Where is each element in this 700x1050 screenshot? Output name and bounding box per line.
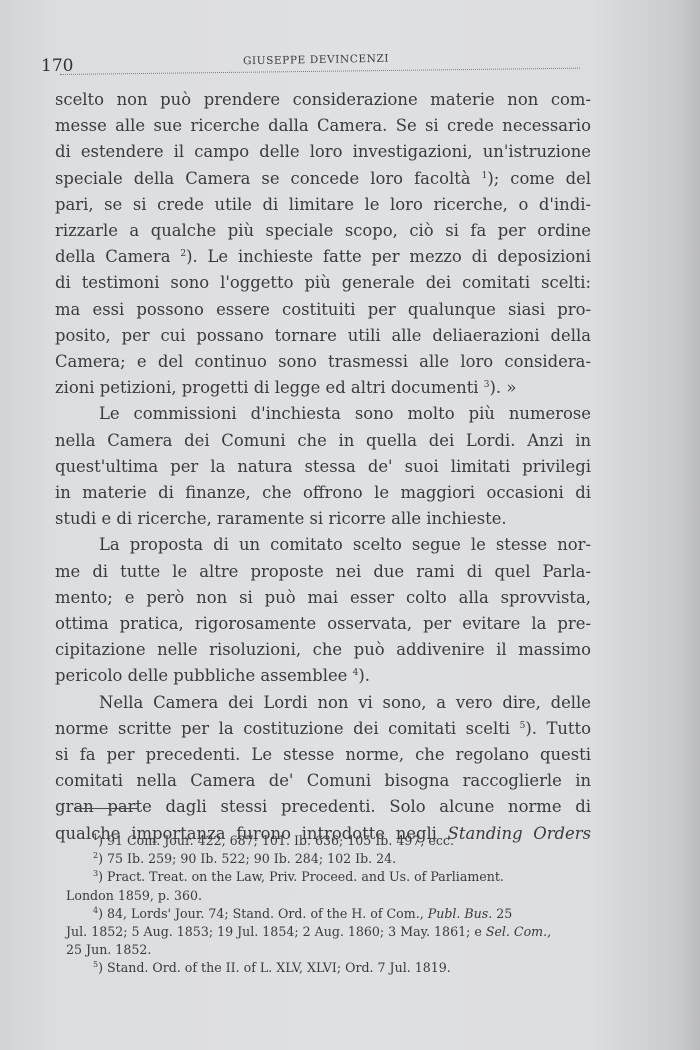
- text-line: si fa per precedenti. Le stesse norme, c…: [55, 742, 591, 768]
- text-line: Camera; e del continuo sono trasmessi al…: [55, 349, 591, 375]
- text-line: pari, se si crede utile di limitare le l…: [55, 192, 591, 218]
- text-line: rizzarle a qualche più speciale scopo, c…: [55, 218, 591, 244]
- text-line: di testimoni sono l'oggetto più generale…: [55, 270, 591, 296]
- text-line: comitati nella Camera de' Comuni bisogna…: [55, 768, 591, 794]
- text-line: scelto non può prendere considerazione m…: [55, 87, 591, 113]
- paragraph-start: Nella Camera dei Lordi non vi sono, a ve…: [55, 690, 591, 716]
- text-line: quest'ultima per la natura stessa de' su…: [55, 454, 591, 480]
- text-line: messe alle sue ricerche dalla Camera. Se…: [55, 113, 591, 139]
- header-rule: [60, 68, 580, 75]
- book-page: 170 GIUSEPPE DEVINCENZI scelto non può p…: [0, 0, 700, 1050]
- footnote-2: 2) 75 Ib. 259; 90 Ib. 522; 90 Ib. 284; 1…: [66, 850, 586, 868]
- text-line: di estendere il campo delle loro investi…: [55, 139, 591, 165]
- text-line: speciale della Camera se concede loro fa…: [55, 166, 591, 192]
- footnote-1: 1) 91 Com. Jour. 422, 687; 101. Ib. 636;…: [66, 832, 586, 850]
- footnote-3: 3) Pract. Treat. on the Law, Priv. Proce…: [66, 868, 586, 886]
- text-line: ottima pratica, rigorosamente osservata,…: [55, 611, 591, 637]
- footnote-4: 4) 84, Lords' Jour. 74; Stand. Ord. of t…: [66, 905, 586, 923]
- footnotes: 1) 91 Com. Jour. 422, 687; 101. Ib. 636;…: [66, 832, 586, 978]
- footnote-3-cont: London 1859, p. 360.: [66, 887, 586, 905]
- text-line: posito, per cui possano tornare utili al…: [55, 323, 591, 349]
- text-line: zioni petizioni, progetti di legge ed al…: [55, 375, 591, 401]
- paragraph-start: La proposta di un comitato scelto segue …: [55, 532, 591, 558]
- text-line: nella Camera dei Comuni che in quella de…: [55, 428, 591, 454]
- text-line: studi e di ricerche, raramente si ricorr…: [55, 506, 591, 532]
- text-line: in materie di finanze, che offrono le ma…: [55, 480, 591, 506]
- text-line: norme scritte per la costituzione dei co…: [55, 716, 591, 742]
- footnote-separator: [74, 808, 138, 809]
- text-line: pericolo delle pubbliche assemblee 4).: [55, 663, 591, 689]
- text-line: della Camera 2). Le inchieste fatte per …: [55, 244, 591, 270]
- text-line: cipitazione nelle risoluzioni, che può a…: [55, 637, 591, 663]
- text-line: me di tutte le altre proposte nei due ra…: [55, 559, 591, 585]
- text-line: ma essi possono essere costituiti per qu…: [55, 297, 591, 323]
- page-header: 170 GIUSEPPE DEVINCENZI: [40, 52, 585, 78]
- paragraph-start: Le commissioni d'inchiesta sono molto pi…: [55, 401, 591, 427]
- text-line: mento; e però non si può mai esser colto…: [55, 585, 591, 611]
- footnote-4-cont: Jul. 1852; 5 Aug. 1853; 19 Jul. 1854; 2 …: [66, 923, 586, 941]
- running-head: GIUSEPPE DEVINCENZI: [243, 53, 389, 68]
- footnote-5: 5) Stand. Ord. of the II. of L. XLV, XLV…: [66, 959, 586, 977]
- footnote-4-cont2: 25 Jun. 1852.: [66, 941, 586, 959]
- body-text: scelto non può prendere considerazione m…: [55, 87, 591, 847]
